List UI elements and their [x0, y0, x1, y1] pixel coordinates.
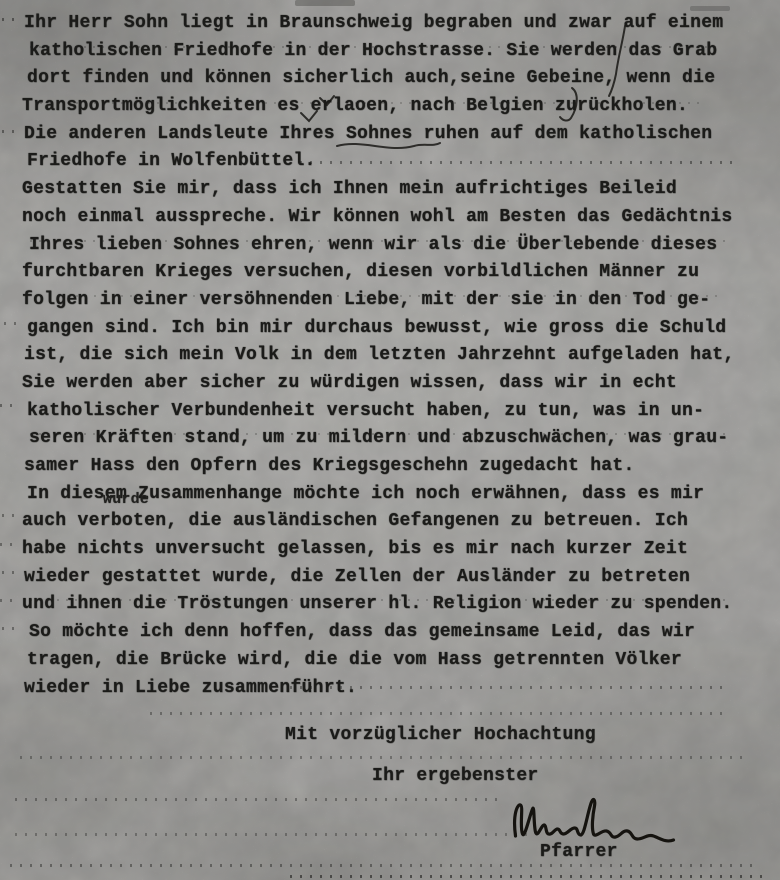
letter-body: Ihr Herr Sohn liegt in Braunschweig begr…: [22, 10, 772, 702]
letter-line: und ihnen die Tröstungen unserer hl. Rel…: [22, 591, 772, 619]
letter-line: wieder gestattet wurde, die Zellen der A…: [24, 564, 772, 592]
scanned-letter-page: Ihr Herr Sohn liegt in Braunschweig begr…: [0, 0, 780, 880]
scan-artifact: [2, 130, 18, 133]
letter-line: Ihres lieben Sohnes ehren, wenn wir als …: [29, 232, 772, 260]
scan-artifact: [150, 712, 730, 715]
letter-line: katholischer Verbundenheit versucht habe…: [27, 398, 772, 426]
scan-artifact: [15, 798, 505, 801]
letter-line: ist, die sich mein Volk in dem letzten J…: [24, 342, 772, 370]
scan-artifact: [0, 599, 16, 602]
letter-line: seren Kräften stand, um zu mildern und a…: [29, 425, 772, 453]
letter-line: Gestatten Sie mir, dass ich Ihnen mein a…: [22, 176, 772, 204]
letter-line: Transportmöglichkeiten es erlaoen, nach …: [22, 93, 772, 121]
letter-line: tragen, die Brücke wird, die die vom Has…: [27, 647, 772, 675]
scan-artifact: [0, 543, 14, 546]
letter-line: habe nichts unversucht gelassen, bis es …: [22, 536, 772, 564]
letter-line: samer Hass den Opfern des Kriegsgeschehn…: [24, 453, 772, 481]
letter-line: Sie werden aber sicher zu würdigen wisse…: [22, 370, 772, 398]
scan-artifact: [2, 514, 18, 517]
scan-artifact: [10, 864, 760, 867]
scan-artifact: [2, 18, 22, 21]
letter-line: So möchte ich denn hoffen, dass das geme…: [29, 619, 772, 647]
scan-artifact: [2, 627, 16, 630]
scan-artifact: [0, 404, 16, 407]
letter-line: dort finden und können sicherlich auch,s…: [27, 65, 772, 93]
scan-artifact: [290, 875, 770, 878]
valediction: Ihr ergebenster: [372, 766, 539, 786]
letter-line: noch einmal ausspreche. Wir können wohl …: [22, 204, 772, 232]
letter-line: Ihr Herr Sohn liegt in Braunschweig begr…: [24, 10, 772, 38]
signee-title: Pfarrer: [540, 842, 618, 862]
scan-artifact: [4, 322, 18, 325]
typed-insertion: wurde: [103, 491, 149, 508]
closing-phrase: Mit vorzüglicher Hochachtung: [285, 725, 596, 745]
letter-line: katholischen Friedhofe in der Hochstrass…: [29, 38, 772, 66]
letter-line: furchtbaren Krieges versuchen, diesen vo…: [22, 259, 772, 287]
scan-artifact: [15, 833, 535, 836]
scan-artifact: [2, 571, 16, 574]
letter-line: folgen in einer versöhnenden Liebe, mit …: [22, 287, 772, 315]
scan-artifact: [295, 0, 355, 6]
scan-artifact: [20, 756, 750, 759]
letter-line: gangen sind. Ich bin mir durchaus bewuss…: [27, 315, 772, 343]
letter-line: Friedhofe in Wolfenbüttel.: [27, 148, 772, 176]
letter-line: auch verboten, die ausländischen Gefange…: [22, 508, 772, 536]
letter-line: Die anderen Landsleute Ihres Sohnes ruhe…: [24, 121, 772, 149]
letter-line: wieder in Liebe zusammenführt.: [24, 675, 772, 703]
